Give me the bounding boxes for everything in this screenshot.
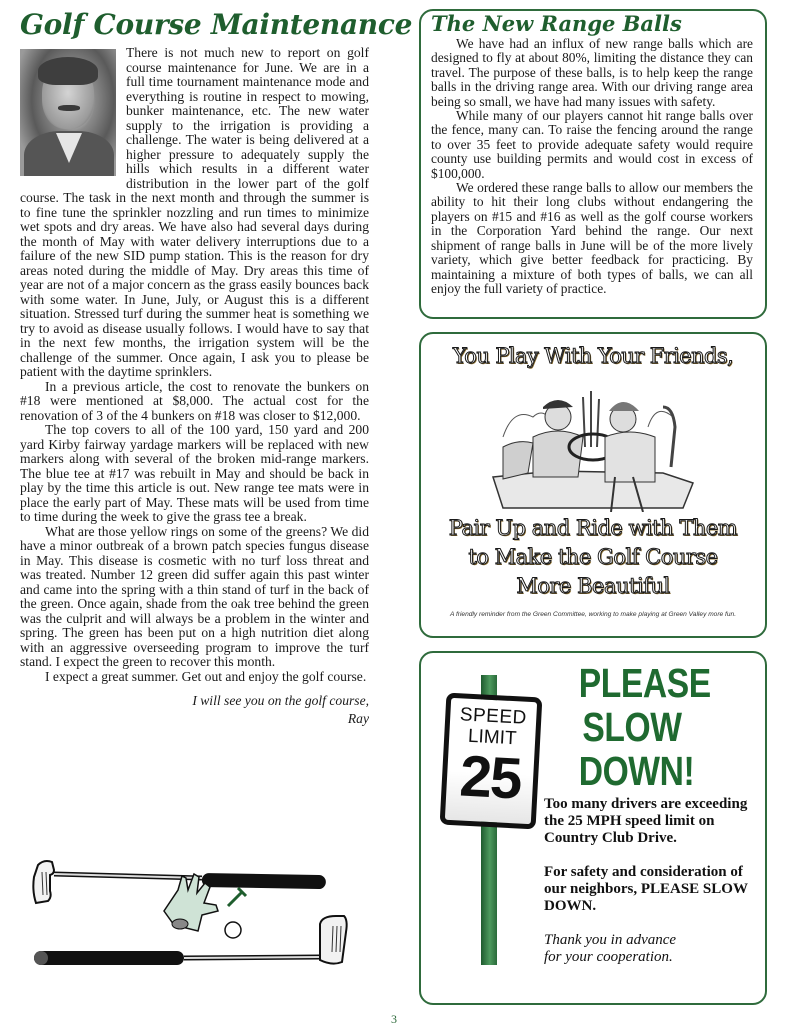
friends-sub-line: Pair Up and Ride with Them (421, 514, 765, 543)
range-paragraph: While many of our players cannot hit ran… (431, 109, 753, 181)
range-paragraph: We ordered these range balls to allow ou… (431, 181, 753, 296)
thanks-line: for your cooperation. (544, 949, 759, 966)
headline-line: SLOW (579, 705, 686, 749)
article-paragraph: In a previous article, the cost to renov… (20, 380, 369, 424)
headline-line: DOWN! (579, 749, 686, 793)
signoff-name: Ray (20, 710, 369, 728)
speed-limit-sign-icon: SPEED LIMIT 25 (440, 693, 543, 830)
article-paragraph: What are those yellow rings on some of t… (20, 525, 369, 670)
friends-sub-line: More Beautiful (421, 572, 765, 601)
signoff-line: I will see you on the golf course, (20, 692, 369, 710)
maintenance-article: Golf Course Maintenance There is not muc… (20, 8, 369, 728)
range-balls-box: The New Range Balls We have had an influ… (419, 9, 767, 319)
article-paragraph: The top covers to all of the 100 yard, 1… (20, 423, 369, 525)
ride-with-friends-box: You Play With Your Friends, Pair Up and … (419, 332, 767, 638)
article-body: There is not much new to report on golf … (20, 46, 369, 728)
speed-paragraph: Too many drivers are exceeding the 25 MP… (544, 796, 759, 847)
range-balls-body: We have had an influx of new range balls… (431, 37, 753, 296)
signoff: I will see you on the golf course, Ray (20, 692, 369, 728)
slow-down-headline: PLEASE SLOW DOWN! (579, 661, 686, 793)
article-paragraph: I expect a great summer. Get out and enj… (20, 670, 369, 685)
sign-number: 25 (446, 746, 535, 810)
article-title: Golf Course Maintenance (20, 8, 369, 42)
friends-subheadline: Pair Up and Ride with Them to Make the G… (421, 514, 765, 601)
friends-headline: You Play With Your Friends, (421, 343, 765, 369)
range-balls-title: The New Range Balls (431, 11, 753, 37)
thanks-note: Thank you in advance for your cooperatio… (544, 932, 759, 966)
speed-paragraph: For safety and consideration of our neig… (544, 864, 759, 915)
golf-cart-illustration-icon (483, 377, 703, 512)
page-number: 3 (391, 1012, 397, 1027)
author-photo (20, 49, 116, 176)
slow-down-box: SPEED LIMIT 25 PLEASE SLOW DOWN! Too man… (419, 651, 767, 1005)
golf-clubs-illustration-icon (30, 840, 360, 970)
green-committee-note: A friendly reminder from the Green Commi… (421, 611, 765, 618)
slow-down-text: Too many drivers are exceeding the 25 MP… (544, 796, 759, 966)
friends-sub-line: to Make the Golf Course (421, 543, 765, 572)
thanks-line: Thank you in advance (544, 932, 759, 949)
headline-line: PLEASE (579, 661, 686, 705)
range-paragraph: We have had an influx of new range balls… (431, 37, 753, 109)
